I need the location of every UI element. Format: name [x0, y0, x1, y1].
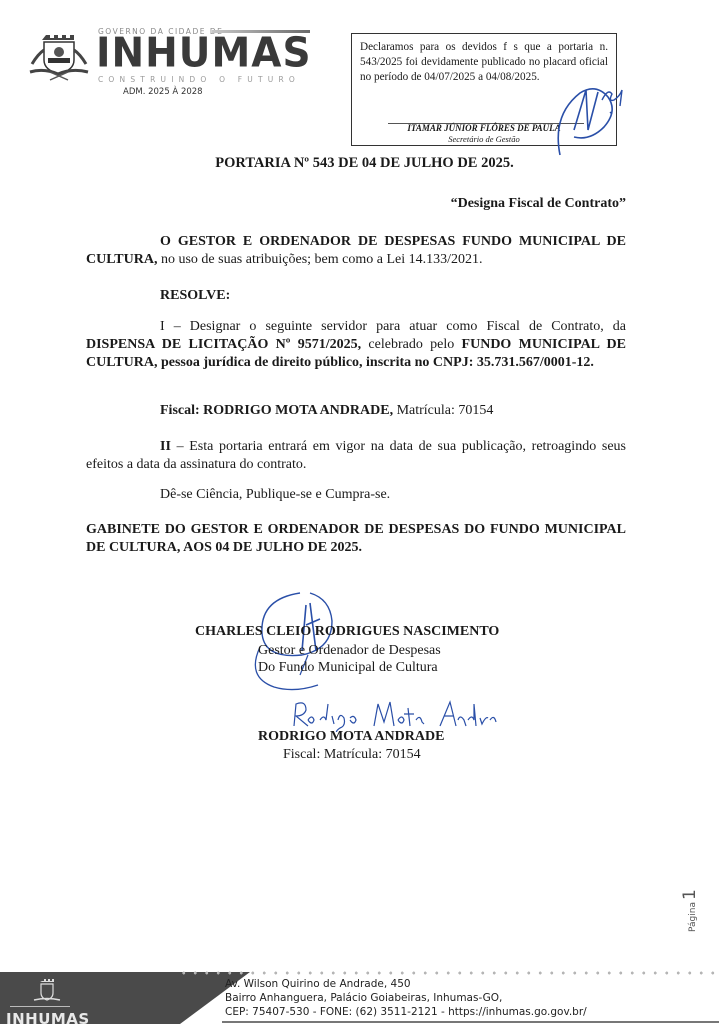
resolve-heading: RESOLVE: [160, 288, 230, 304]
fiscal-designation: Fiscal: RODRIGO MOTA ANDRADE, Matrícula:… [160, 403, 493, 419]
article-1-paragraph: I – Designar o seguinte servidor para at… [86, 318, 626, 372]
administration-period: ADM. 2025 À 2028 [123, 87, 203, 97]
preamble-text: no uso de suas atribuições; bem como a L… [157, 252, 482, 267]
article-1-connector: celebrado pelo [361, 337, 461, 352]
page-number-value: 1 [680, 889, 700, 900]
signer-role-line-2: Do Fundo Municipal de Cultura [258, 660, 438, 676]
document-title: PORTARIA Nº 543 DE 04 DE JULHO DE 2025. [0, 155, 719, 172]
gabinete-statement: GABINETE DO GESTOR E ORDENADOR DE DESPES… [86, 521, 626, 557]
footer-bottom-rule [222, 1021, 719, 1023]
footer-address-line-1: Av. Wilson Quirino de Andrade, 450 [225, 978, 411, 990]
signer-role-fiscal: Fiscal: Matrícula: 70154 [283, 747, 421, 763]
handwritten-signature-itamar [540, 60, 650, 160]
handwritten-signature-charles [240, 585, 360, 695]
signer-name-rodrigo: RODRIGO MOTA ANDRADE [258, 729, 444, 745]
page-number: Página1 [680, 872, 710, 932]
footer-brand: INHUMAS [6, 1010, 90, 1024]
closing-formula: Dê-se Ciência, Publique-se e Cumpra-se. [160, 487, 390, 503]
footer-address-line-2: Bairro Anhanguera, Palácio Goiabeiras, I… [225, 992, 502, 1004]
document-subtitle: “Designa Fiscal de Contrato” [451, 196, 626, 212]
dispensa-reference: DISPENSA DE LICITAÇÃO Nº 9571/2025, [86, 337, 361, 352]
signer-name-charles: CHARLES CLEIO RODRIGUES NASCIMENTO [195, 624, 499, 640]
footer-dotted-rule [178, 970, 718, 976]
tagline: CONSTRUINDO O FUTURO [98, 75, 300, 84]
article-2-number: II [160, 439, 171, 454]
footer-coat-of-arms-icon [32, 976, 62, 1006]
article-2-paragraph: II – Esta portaria entrará em vigor na d… [86, 438, 626, 474]
fiscal-name: Fiscal: RODRIGO MOTA ANDRADE, [160, 403, 393, 418]
city-coat-of-arms-icon [28, 30, 90, 82]
page-label: Página [688, 902, 698, 932]
footer-contact-line: CEP: 75407-530 - FONE: (62) 3511-2121 - … [225, 1006, 587, 1018]
signer-role-line-1: Gestor e Ordenador de Despesas [258, 643, 441, 659]
city-brand-logo: INHUMAS [96, 33, 312, 74]
preamble-paragraph: O GESTOR E ORDENADOR DE DESPESAS FUNDO M… [86, 233, 626, 269]
fiscal-matricula: Matrícula: 70154 [393, 403, 493, 418]
article-1-text: I – Designar o seguinte servidor para at… [160, 319, 626, 334]
footer-logo-rule [10, 1006, 70, 1007]
handwritten-signature-rodrigo [290, 698, 500, 732]
